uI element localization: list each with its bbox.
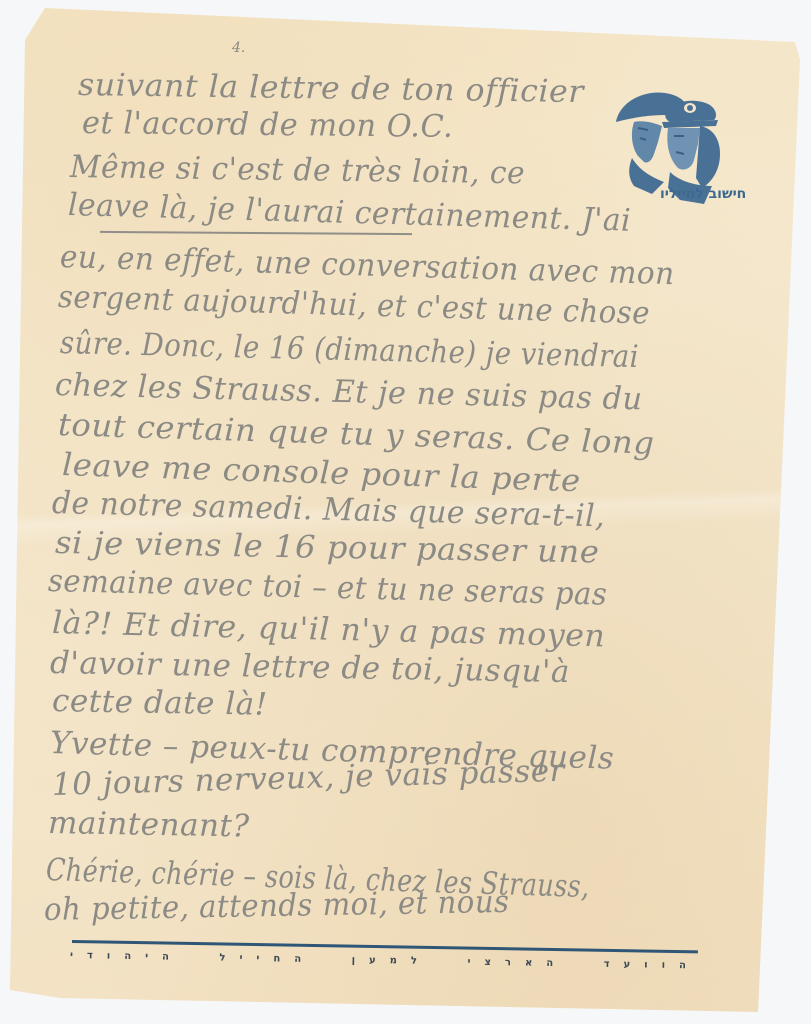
logo-caption: חישוב לחייליו [660,186,746,202]
letter-line: si je viens le 16 pour passer une [55,528,600,568]
letter-line: et l'accord de mon O.C. [82,108,454,143]
letter-line: cette date là! [52,686,268,721]
letter-line: oh petite, attends moi, et nous [44,887,510,926]
letter-line: maintenant? [48,808,250,843]
scanned-letter: 4. חישוב לחייליו suivant la lettre de t [0,0,811,1024]
page-number: 4. [232,40,245,56]
letter-line: Même si c'est de très loin, ce [70,152,526,189]
letter-line: d'avoir une lettre de toi, jusqu'à [50,648,570,688]
letter-line: suivant la lettre de ton officier [78,70,584,108]
